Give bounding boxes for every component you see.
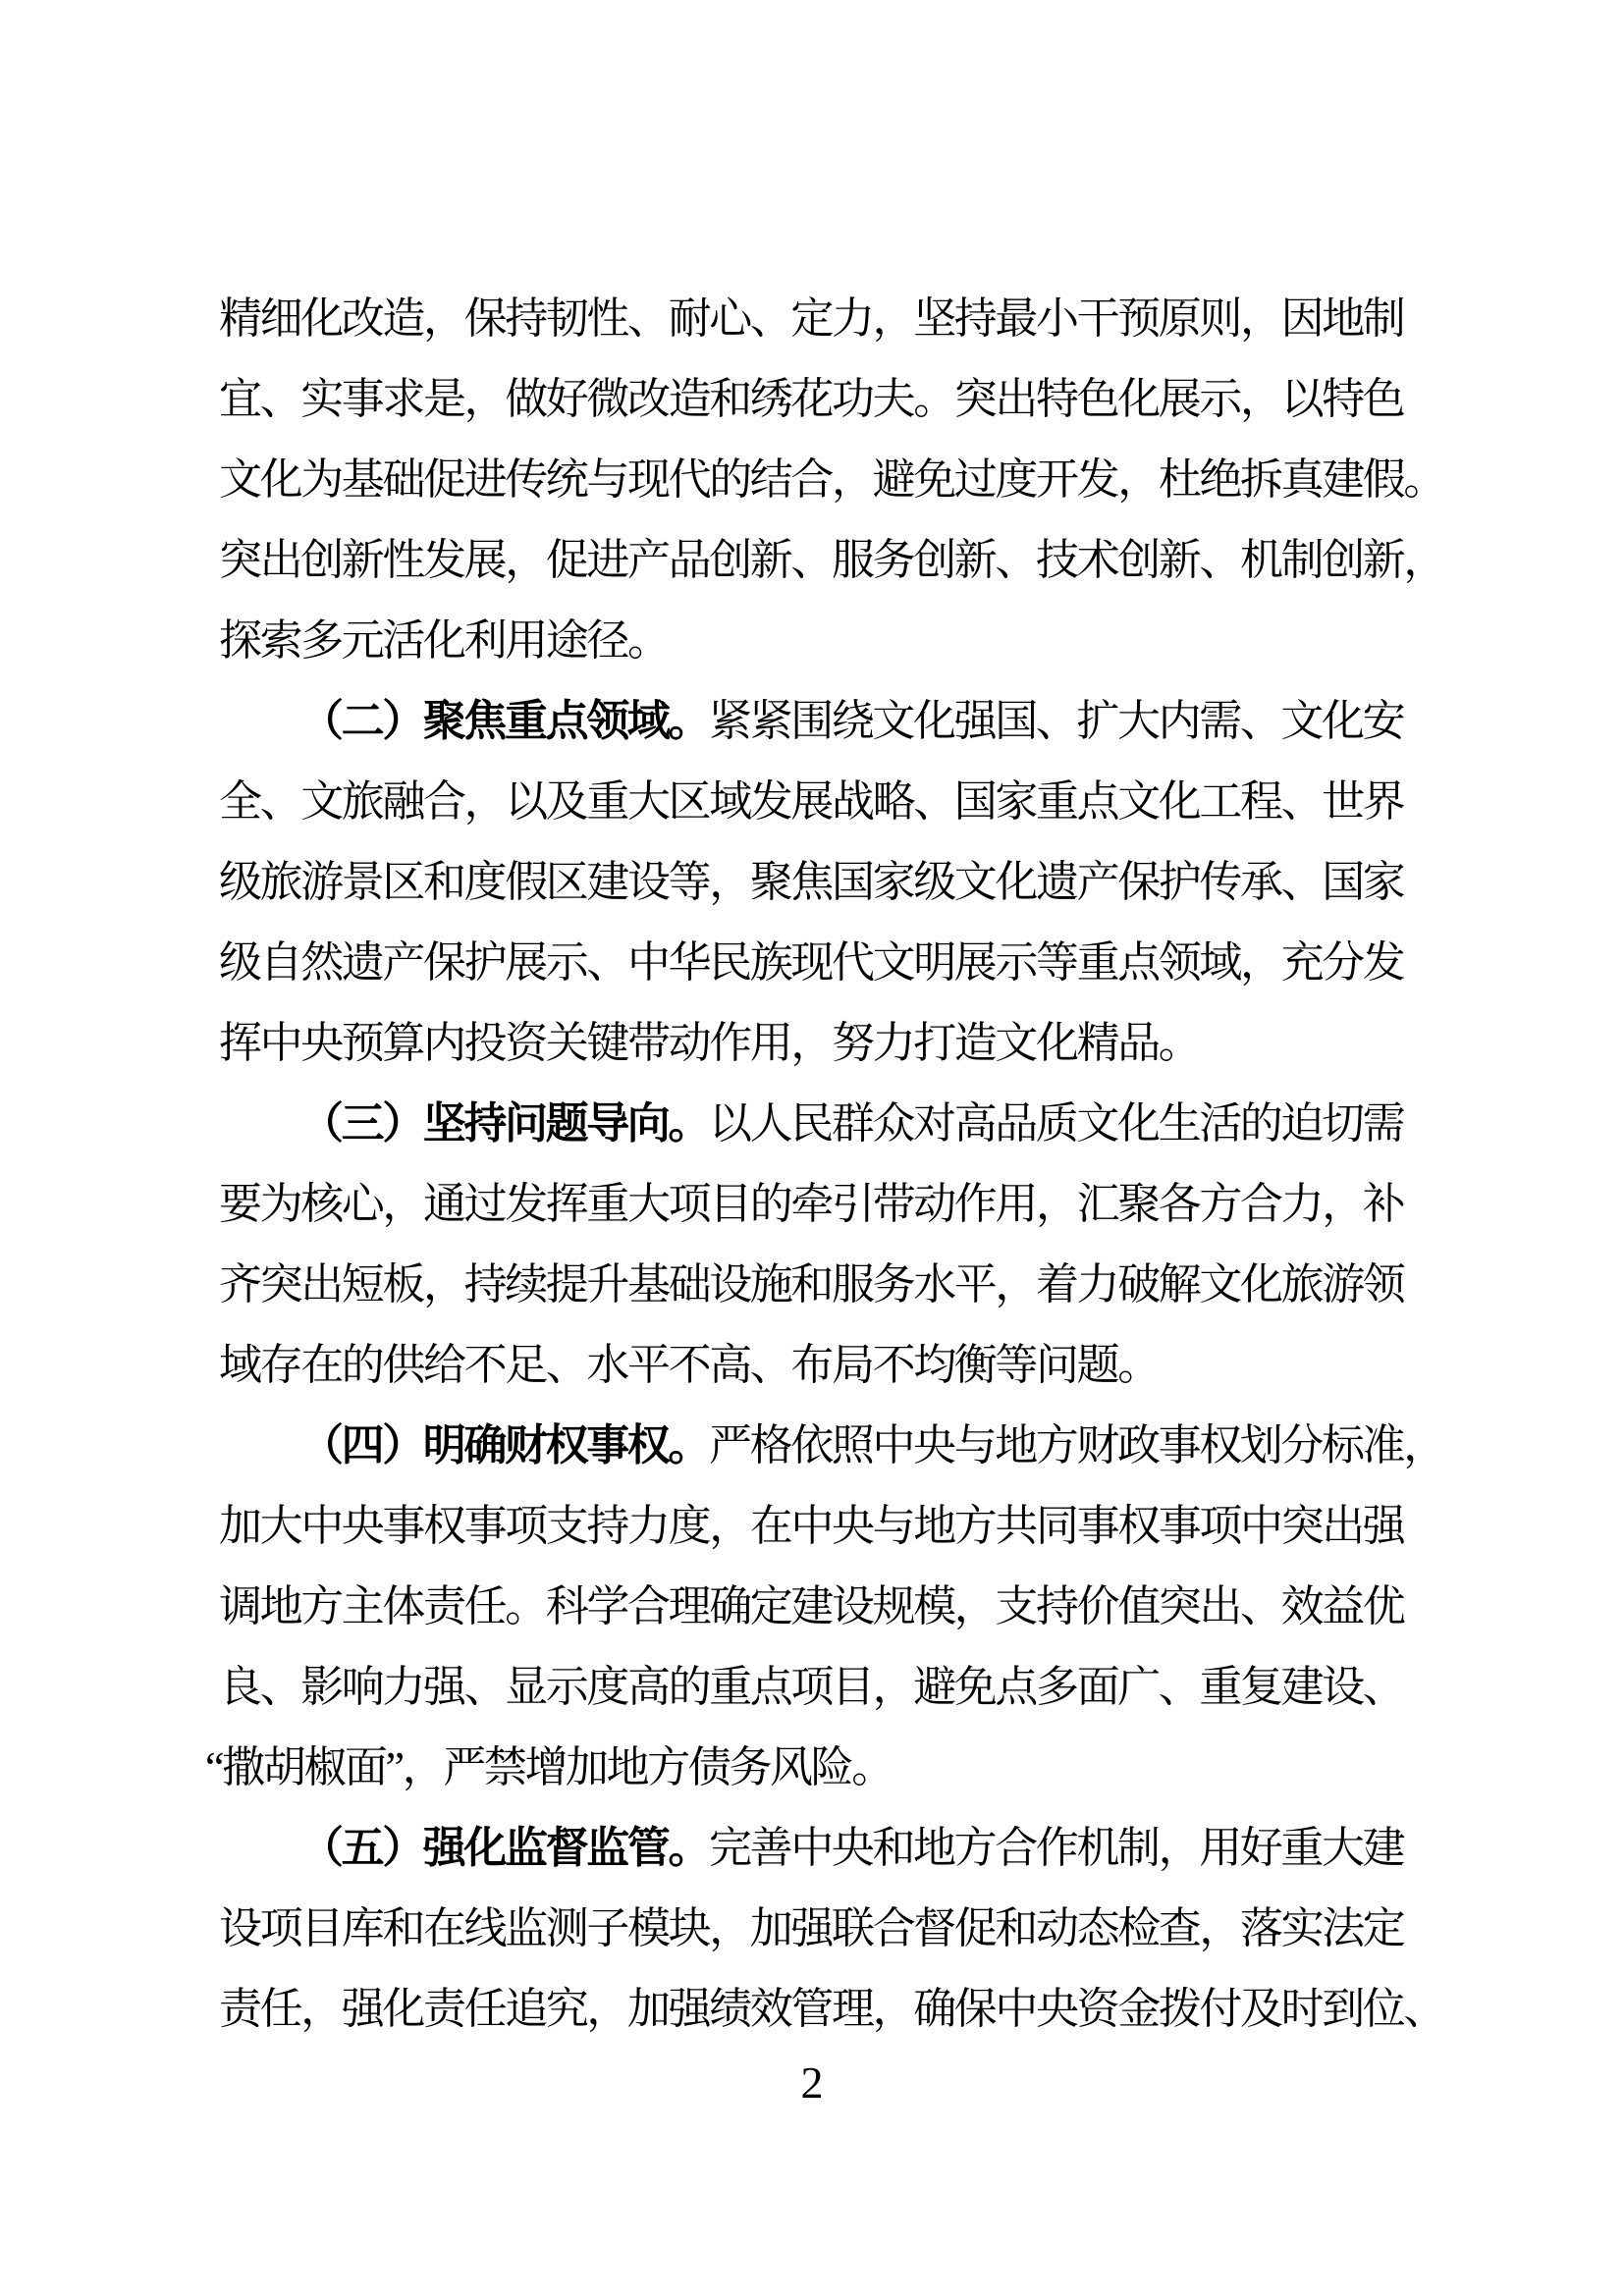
text-line: 突出创新性发展，促进产品创新、服务创新、技术创新、机制创新， bbox=[219, 520, 1405, 601]
text-line: 文化为基础促进传统与现代的结合，避免过度开发，杜绝拆真建假。 bbox=[219, 440, 1405, 520]
text-run: 完善中央和地方合作机制，用好重大建 bbox=[709, 1824, 1403, 1872]
paragraph: （二）聚焦重点领域。紧紧围绕文化强国、扩大内需、文化安 全、文旅融合，以及重大区… bbox=[219, 681, 1405, 1084]
text-line: 宜、实事求是，做好微改造和绣花功夫。突出特色化展示，以特色 bbox=[219, 359, 1405, 440]
text-line: 全、文旅融合，以及重大区域发展战略、国家重点文化工程、世界 bbox=[219, 762, 1405, 842]
document-page: 精细化改造，保持韧性、耐心、定力，坚持最小干预原则，因地制 宜、实事求是，做好微… bbox=[0, 0, 1624, 2296]
text-line: 挥中央预算内投资关键带动作用，努力打造文化精品。 bbox=[219, 1003, 1405, 1084]
text-line: 调地方主体责任。科学合理确定建设规模，支持价值突出、效益优 bbox=[219, 1567, 1405, 1647]
paragraph: （四）明确财权事权。严格依照中央与地方财政事权划分标准， 加大中央事权事项支持力… bbox=[219, 1406, 1405, 1808]
document-body: 精细化改造，保持韧性、耐心、定力，坚持最小干预原则，因地制 宜、实事求是，做好微… bbox=[219, 279, 1405, 2050]
text-line: 级旅游景区和度假区建设等，聚焦国家级文化遗产保护传承、国家 bbox=[219, 842, 1405, 923]
text-line: 要为核心，通过发挥重大项目的牵引带动作用，汇聚各方合力，补 bbox=[219, 1164, 1405, 1245]
text-line: 精细化改造，保持韧性、耐心、定力，坚持最小干预原则，因地制 bbox=[219, 279, 1405, 359]
text-line: （三）坚持问题导向。以人民群众对高品质文化生活的迫切需 bbox=[219, 1084, 1405, 1164]
page-number: 2 bbox=[0, 2057, 1624, 2109]
text-line: 设项目库和在线监测子模块，加强联合督促和动态检查，落实法定 bbox=[219, 1889, 1405, 1969]
text-line: 加大中央事权事项支持力度，在中央与地方共同事权事项中突出强 bbox=[219, 1486, 1405, 1567]
paragraph: （三）坚持问题导向。以人民群众对高品质文化生活的迫切需 要为核心，通过发挥重大项… bbox=[219, 1084, 1405, 1406]
text-line: （四）明确财权事权。严格依照中央与地方财政事权划分标准， bbox=[219, 1406, 1405, 1486]
text-line: 良、影响力强、显示度高的重点项目，避免点多面广、重复建设、 bbox=[219, 1647, 1405, 1728]
text-line: 域存在的供给不足、水平不高、布局不均衡等问题。 bbox=[219, 1325, 1405, 1406]
paragraph: 精细化改造，保持韧性、耐心、定力，坚持最小干预原则，因地制 宜、实事求是，做好微… bbox=[219, 279, 1405, 681]
text-run: 紧紧围绕文化强国、扩大内需、文化安 bbox=[709, 697, 1403, 745]
paragraph: （五）强化监督监管。完善中央和地方合作机制，用好重大建 设项目库和在线监测子模块… bbox=[219, 1808, 1405, 2050]
section-heading: （四）明确财权事权。 bbox=[300, 1421, 709, 1469]
section-heading: （五）强化监督监管。 bbox=[300, 1824, 709, 1872]
text-line: （二）聚焦重点领域。紧紧围绕文化强国、扩大内需、文化安 bbox=[219, 681, 1405, 762]
text-line: 齐突出短板，持续提升基础设施和服务水平，着力破解文化旅游领 bbox=[219, 1245, 1405, 1325]
text-line: （五）强化监督监管。完善中央和地方合作机制，用好重大建 bbox=[219, 1808, 1405, 1889]
text-line: 探索多元活化利用途径。 bbox=[219, 601, 1405, 681]
section-heading: （三）坚持问题导向。 bbox=[300, 1099, 709, 1148]
text-line: “撒胡椒面”，严禁增加地方债务风险。 bbox=[219, 1728, 1405, 1808]
text-line: 责任，强化责任追究，加强绩效管理，确保中央资金拨付及时到位、 bbox=[219, 1969, 1405, 2050]
text-run: 严格依照中央与地方财政事权划分标准， bbox=[709, 1421, 1444, 1469]
section-heading: （二）聚焦重点领域。 bbox=[300, 697, 709, 745]
text-line: 级自然遗产保护展示、中华民族现代文明展示等重点领域，充分发 bbox=[219, 923, 1405, 1003]
text-run: 以人民群众对高品质文化生活的迫切需 bbox=[709, 1099, 1403, 1148]
